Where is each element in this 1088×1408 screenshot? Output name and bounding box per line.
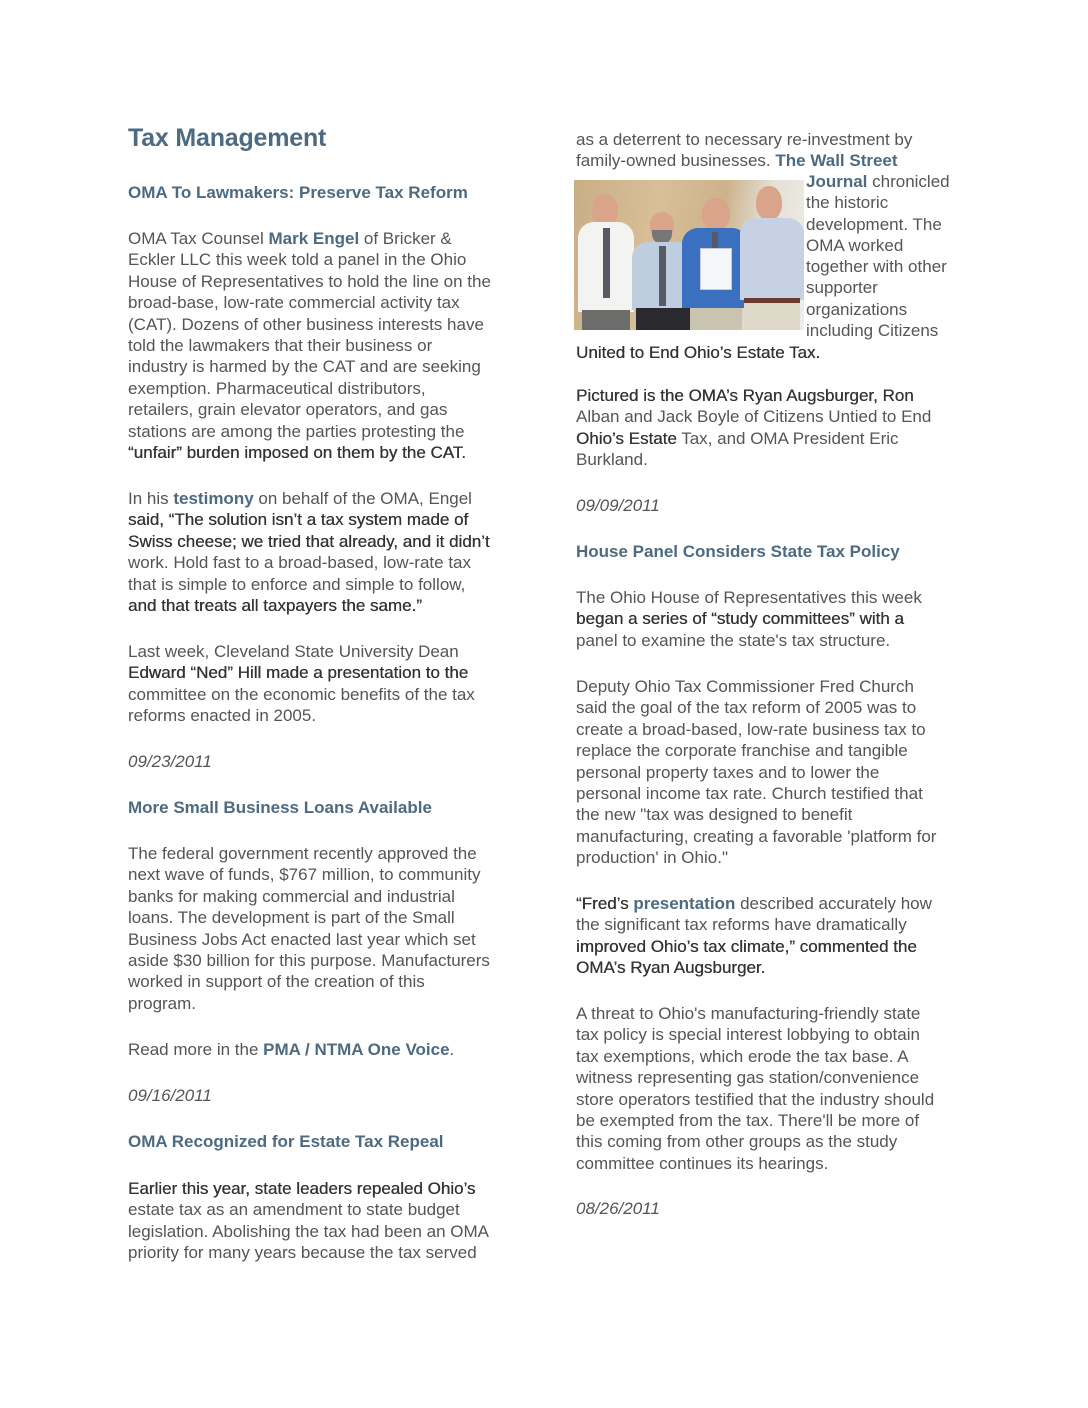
text-line: The Ohio House of Representatives this w… [576, 587, 976, 608]
text-line: organizations [806, 299, 976, 320]
link-separator: / [300, 1040, 314, 1059]
text-line: the historic [806, 192, 976, 213]
text-span: “Fred’s [576, 894, 633, 913]
text-line: legislation. Abolishing the tax had been… [128, 1221, 548, 1242]
text-span: . [450, 1040, 455, 1059]
text-span: Ohio’s Estate [576, 429, 677, 448]
read-more-line: Read more in the PMA / NTMA One Voice. [128, 1039, 548, 1060]
text-line: industry is harmed by the CAT and are se… [128, 356, 548, 377]
text-line: work. Hold fast to a broad-based, low-ra… [128, 552, 548, 573]
text-line: personal property taxes and to lower the [576, 762, 976, 783]
article-date: 08/26/2011 [576, 1199, 660, 1219]
text-line: worked in support of the creation of thi… [128, 971, 548, 992]
text-line: including Citizens [806, 320, 976, 341]
text-line: House of Representatives to hold the lin… [128, 271, 548, 292]
text-line: tax exemptions, which erode the tax base… [576, 1046, 976, 1067]
text-span: chronicled [867, 172, 949, 191]
link-ntma-one-voice[interactable]: NTMA One Voice [314, 1040, 449, 1059]
link-testimony[interactable]: testimony [173, 489, 253, 508]
article-date: 09/23/2011 [128, 752, 212, 772]
article-headline-preserve-tax-reform: OMA To Lawmakers: Preserve Tax Reform [128, 183, 468, 203]
article-date: 09/16/2011 [128, 1086, 212, 1106]
photo-tie [603, 228, 610, 298]
article-1-paragraph-1: OMA Tax Counsel Mark Engel of Bricker & … [128, 228, 548, 463]
text-span: OMA Tax Counsel [128, 229, 268, 248]
text-line: estate tax as an amendment to state budg… [128, 1199, 548, 1220]
text-line: supporter [806, 277, 976, 298]
article-3-paragraph-1-part-b: as a deterrent to necessary re-investmen… [576, 129, 976, 172]
text-line: United to End Ohio’s Estate Tax. [576, 342, 976, 363]
text-line: Swiss cheese; we tried that already, and… [128, 531, 548, 552]
article-date: 09/09/2011 [576, 496, 660, 516]
article-4-paragraph-2: Deputy Ohio Tax Commissioner Fred Church… [576, 676, 976, 869]
photo-trousers [582, 310, 630, 330]
text-line: banks for making commercial and industri… [128, 886, 548, 907]
text-line: personal income tax rate. Church testifi… [576, 783, 976, 804]
article-3-paragraph-1-part-a: Earlier this year, state leaders repeale… [128, 1178, 548, 1264]
text-line: said, “The solution isn’t a tax system m… [128, 509, 548, 530]
text-line: production' in Ohio." [576, 847, 976, 868]
photo-face [702, 198, 730, 230]
article-3-photo-caption: Pictured is the OMA’s Ryan Augsburger, R… [576, 385, 976, 471]
text-span: family-owned businesses. [576, 151, 775, 170]
text-line: Burkland. [576, 449, 976, 470]
photo-shirt [740, 218, 804, 300]
article-2-paragraph-1: The federal government recently approved… [128, 843, 548, 1014]
text-span: Tax, and OMA President Eric [677, 429, 899, 448]
text-span: Read more in the [128, 1040, 263, 1059]
text-line: together with other [806, 256, 976, 277]
text-line: said the goal of the tax reform of 2005 … [576, 697, 976, 718]
article-1-paragraph-2: In his testimony on behalf of the OMA, E… [128, 488, 548, 616]
text-line: family-owned businesses. The Wall Street [576, 150, 976, 171]
text-line: Eckler LLC this week told a panel in the… [128, 249, 548, 270]
text-line: stations are among the parties protestin… [128, 421, 548, 442]
text-line: as a deterrent to necessary re-investmen… [576, 129, 976, 150]
link-pma[interactable]: PMA [263, 1040, 300, 1059]
link-mark-engel[interactable]: Mark Engel [268, 229, 359, 248]
text-line: retailers, grain elevator operators, and… [128, 399, 548, 420]
text-line: began a series of “study committees” wit… [576, 608, 976, 629]
text-line: committee continues its hearings. [576, 1153, 976, 1174]
text-line: told the lawmakers that their business o… [128, 335, 548, 356]
photo-wrap-text: Journal chronicled the historic developm… [806, 171, 976, 341]
text-line: exemption. Pharmaceutical distributors, [128, 378, 548, 399]
text-line: In his testimony on behalf of the OMA, E… [128, 488, 548, 509]
text-line: Earlier this year, state leaders repeale… [128, 1178, 548, 1199]
text-line: replace the corporate franchise and tang… [576, 740, 976, 761]
text-line: Last week, Cleveland State University De… [128, 641, 548, 662]
text-line: loans. The development is part of the Sm… [128, 907, 548, 928]
text-line: “Fred’s presentation described accuratel… [576, 893, 976, 914]
text-line: this coming from other groups as the stu… [576, 1131, 976, 1152]
text-line: and that treats all taxpayers the same.” [128, 595, 548, 616]
article-4-paragraph-1: The Ohio House of Representatives this w… [576, 587, 976, 651]
text-line: Ohio’s Estate Tax, and OMA President Eri… [576, 428, 976, 449]
text-line: OMA worked [806, 235, 976, 256]
text-line: witness representing gas station/conveni… [576, 1067, 976, 1088]
photo-certificate [700, 248, 732, 290]
text-line: (CAT). Dozens of other business interest… [128, 314, 548, 335]
text-line: aside $30 billion for this purpose. Manu… [128, 950, 548, 971]
text-line: The federal government recently approved… [128, 843, 548, 864]
text-line: Business Jobs Act enacted last year whic… [128, 929, 548, 950]
text-line: be exempted from the tax. There'll be mo… [576, 1110, 976, 1131]
text-line: Deputy Ohio Tax Commissioner Fred Church [576, 676, 976, 697]
text-line: program. [128, 993, 548, 1014]
text-line: committee on the economic benefits of th… [128, 684, 548, 705]
photo-person [578, 192, 634, 330]
link-wall-street-journal-cont[interactable]: Journal [806, 172, 867, 191]
photo-person [740, 184, 804, 330]
text-line: tax policy is special interest lobbying … [576, 1024, 976, 1045]
text-line: panel to examine the state's tax structu… [576, 630, 976, 651]
article-headline-state-tax-policy: House Panel Considers State Tax Policy [576, 542, 900, 562]
text-line: OMA Tax Counsel Mark Engel of Bricker & [128, 228, 548, 249]
text-line: Pictured is the OMA’s Ryan Augsburger, R… [576, 385, 976, 406]
text-line: store operators testified that the indus… [576, 1089, 976, 1110]
text-line: reforms enacted in 2005. [128, 705, 548, 726]
article-4-paragraph-3: “Fred’s presentation described accuratel… [576, 893, 976, 979]
text-line: improved Ohio’s tax climate,” commented … [576, 936, 976, 957]
article-photo [574, 180, 804, 330]
link-wall-street-journal[interactable]: The Wall Street [775, 151, 897, 170]
text-line: Edward “Ned” Hill made a presentation to… [128, 662, 548, 683]
link-presentation[interactable]: presentation [633, 894, 735, 913]
text-span: of Bricker & [359, 229, 452, 248]
text-line: next wave of funds, $767 million, to com… [128, 864, 548, 885]
text-line: Journal chronicled [806, 171, 976, 192]
photo-trousers [690, 308, 742, 330]
article-1-paragraph-3: Last week, Cleveland State University De… [128, 641, 548, 727]
text-line: A threat to Ohio's manufacturing-friendl… [576, 1003, 976, 1024]
article-headline-estate-tax-repeal: OMA Recognized for Estate Tax Repeal [128, 1132, 444, 1152]
text-line: development. The [806, 214, 976, 235]
text-line: create a broad-based, low-rate business … [576, 719, 976, 740]
text-line: priority for many years because the tax … [128, 1242, 548, 1263]
photo-tie [659, 246, 666, 306]
article-4-paragraph-4: A threat to Ohio's manufacturing-friendl… [576, 1003, 976, 1174]
photo-person [682, 198, 748, 330]
photo-trousers [744, 303, 800, 330]
text-line: Alban and Jack Boyle of Citizens Untied … [576, 406, 976, 427]
text-line: that is simple to enforce and simple to … [128, 574, 548, 595]
text-line: the new "tax was designed to benefit [576, 804, 976, 825]
text-line: the significant tax reforms have dramati… [576, 914, 976, 935]
text-line: OMA’s Ryan Augsburger. [576, 957, 976, 978]
photo-face [756, 186, 782, 220]
text-span: on behalf of the OMA, Engel [254, 489, 472, 508]
text-line: manufacturing, creating a favorable 'pla… [576, 826, 976, 847]
text-span: described accurately how [735, 894, 932, 913]
article-3-after-photo: United to End Ohio’s Estate Tax. [576, 342, 976, 363]
page-title: Tax Management [128, 124, 326, 153]
article-headline-small-business-loans: More Small Business Loans Available [128, 798, 432, 818]
text-line: “unfair” burden imposed on them by the C… [128, 442, 548, 463]
text-line: broad-base, low-rate commercial activity… [128, 292, 548, 313]
text-span: In his [128, 489, 173, 508]
